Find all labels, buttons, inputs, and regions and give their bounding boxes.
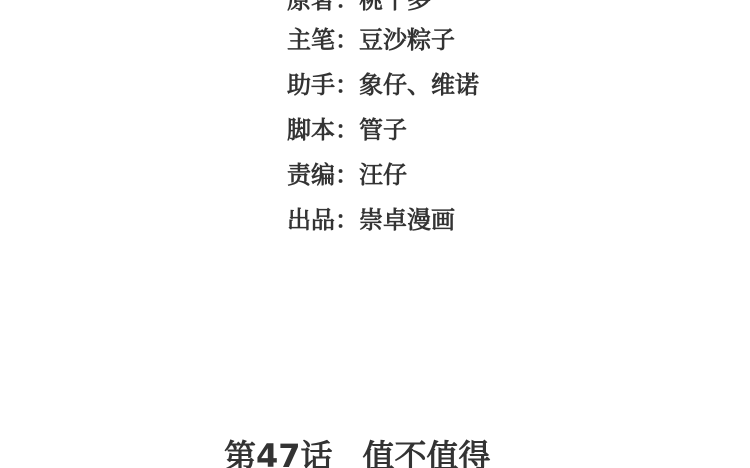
credit-label: 助手： — [287, 71, 359, 99]
credit-label: 出品： — [287, 206, 359, 234]
credit-value: 管子 — [359, 116, 407, 144]
credit-original-author: 原著：桃千多 — [287, 0, 431, 14]
credit-value: 桃千多 — [359, 0, 431, 14]
credit-script: 脚本：管子 — [287, 116, 407, 144]
credit-value: 汪仔 — [359, 161, 407, 189]
credit-value: 象仔、维诺 — [359, 71, 479, 99]
credit-label: 脚本： — [287, 116, 359, 144]
chapter-name: 值不值得 — [363, 437, 491, 468]
chapter-title: 第47话值不值得 — [224, 436, 491, 468]
credit-editor: 责编：汪仔 — [287, 161, 407, 189]
credit-label: 主笔： — [287, 26, 359, 54]
chapter-number: 第47话 — [224, 437, 333, 468]
credit-label: 原著： — [287, 0, 359, 14]
credit-label: 责编： — [287, 161, 359, 189]
credit-publisher: 出品：崇卓漫画 — [287, 206, 455, 234]
credit-value: 崇卓漫画 — [359, 206, 455, 234]
credit-value: 豆沙粽子 — [359, 26, 455, 54]
credit-assistants: 助手：象仔、维诺 — [287, 71, 479, 99]
credit-main-artist: 主笔：豆沙粽子 — [287, 26, 455, 54]
